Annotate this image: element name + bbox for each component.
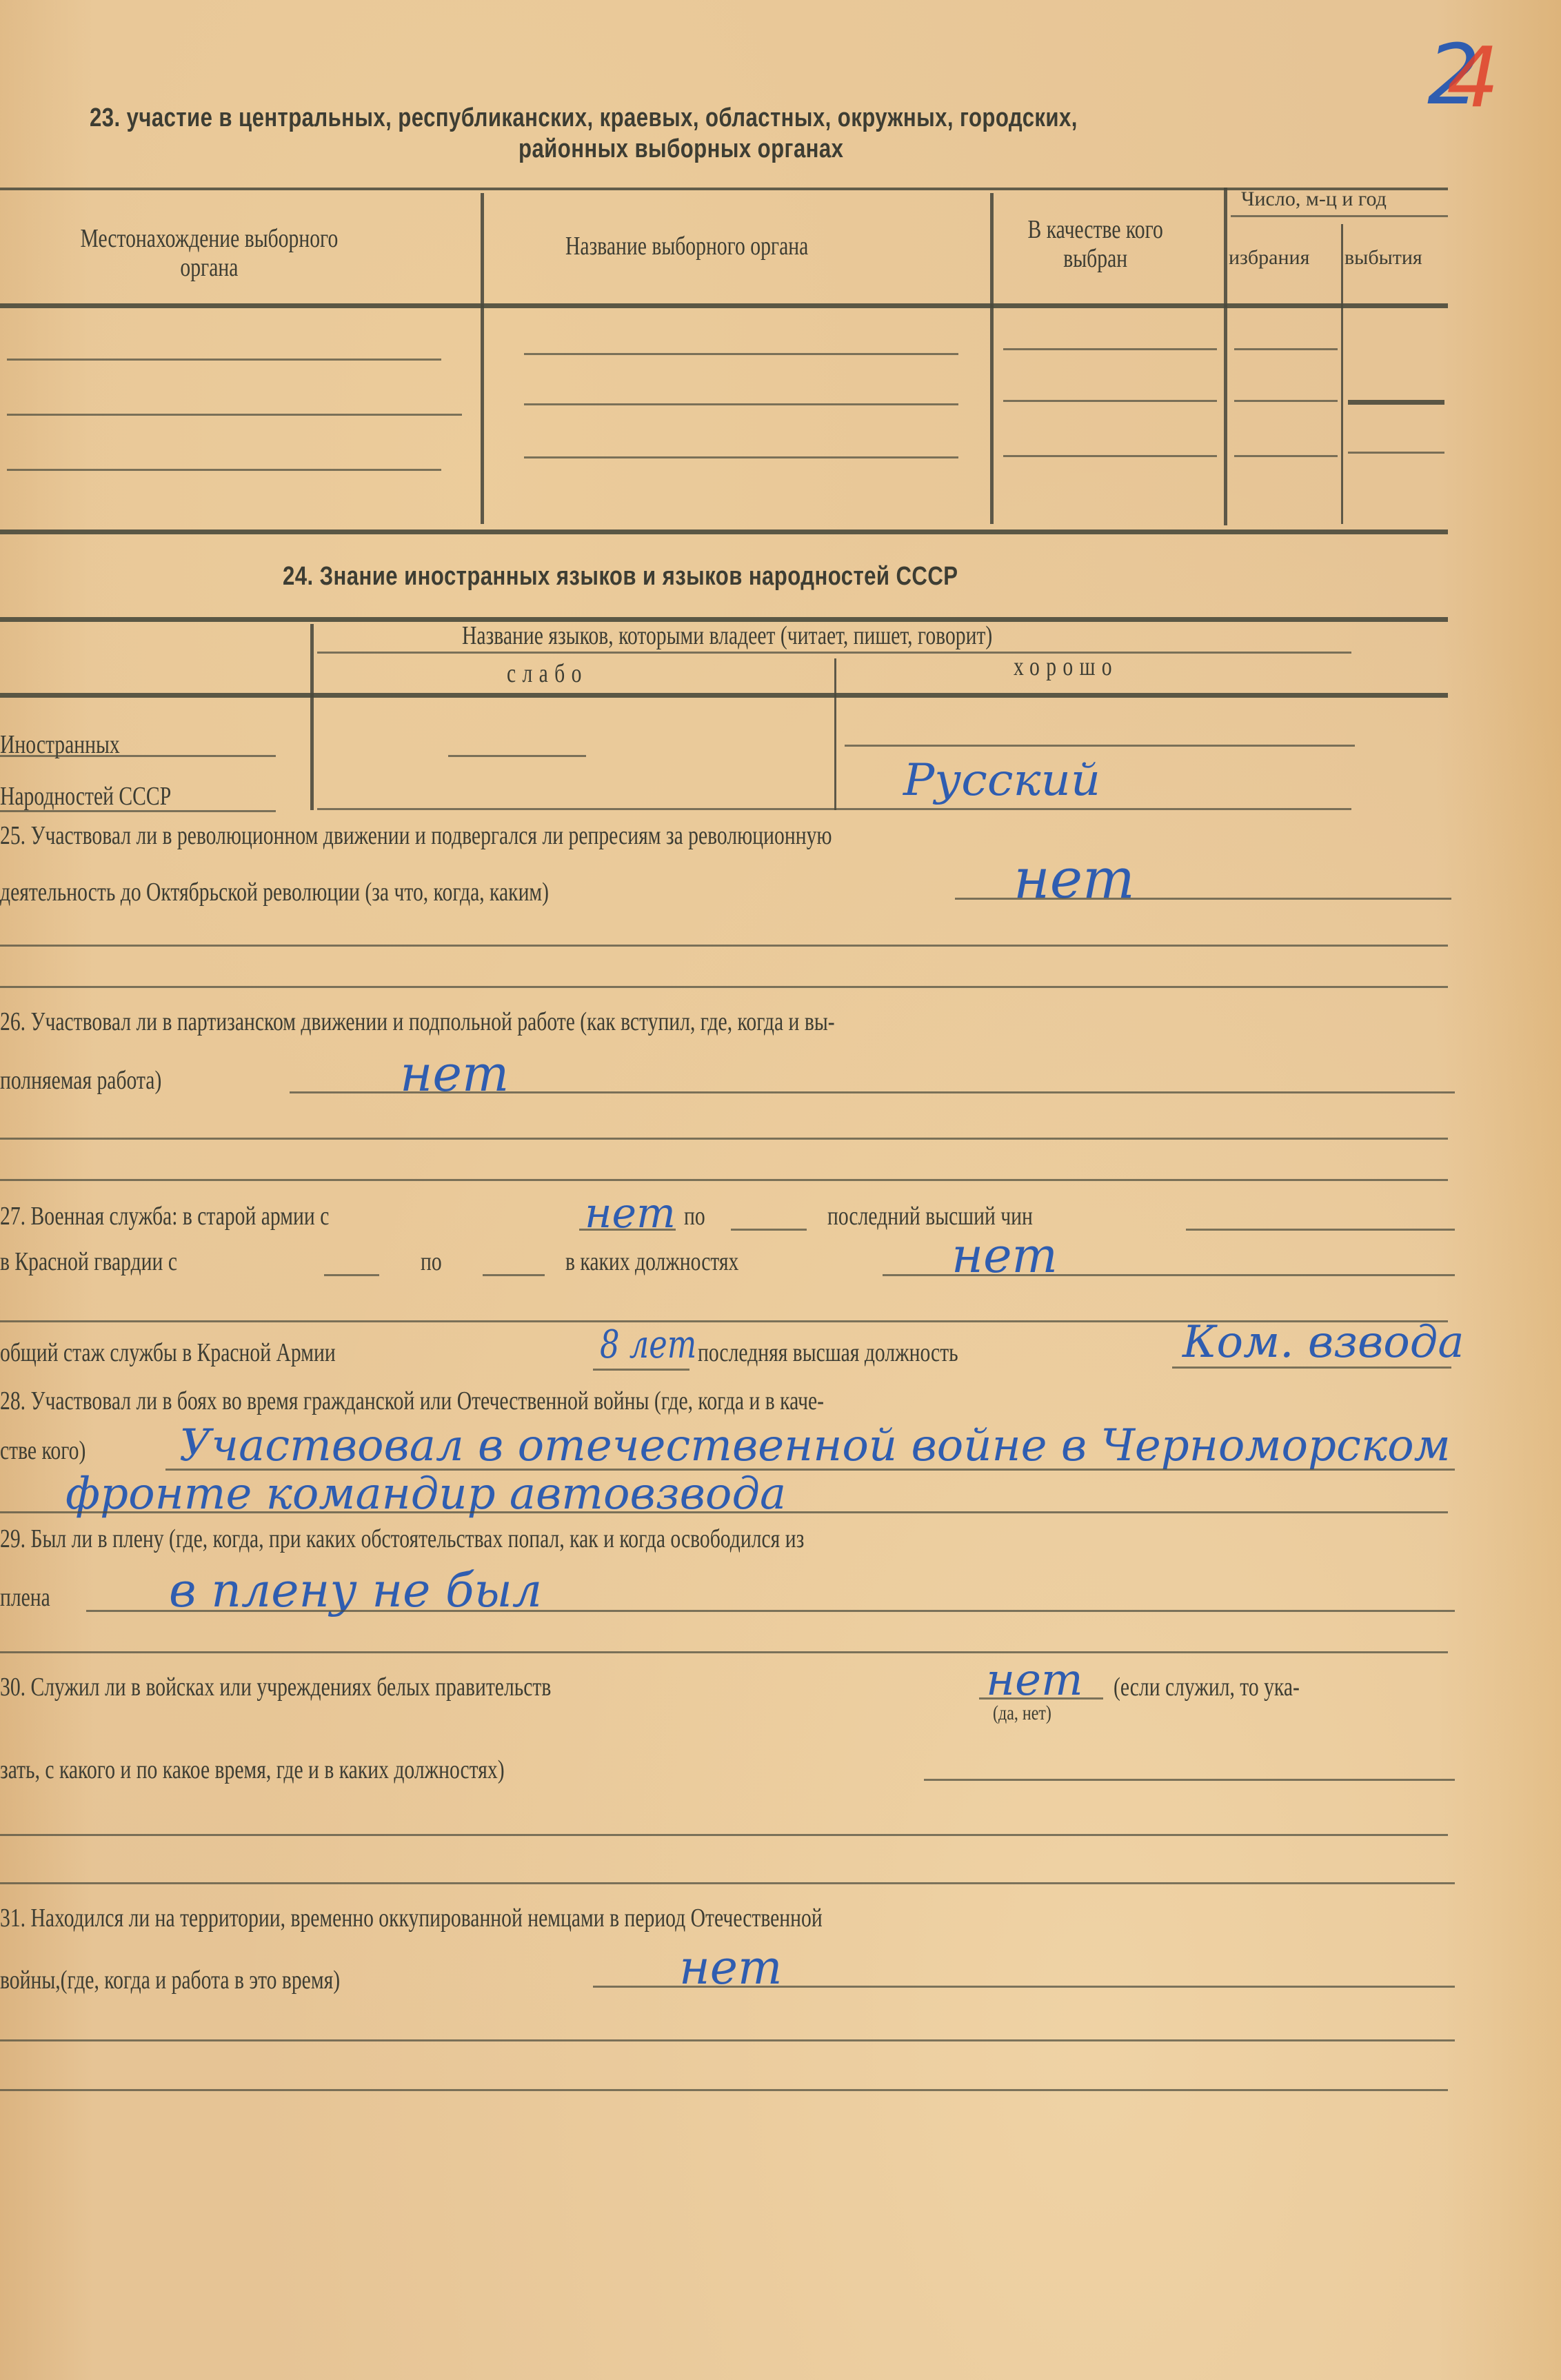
lang-header: Название языков, которыми владеет (читае… xyxy=(462,621,992,651)
col-elected-header: избрания xyxy=(1229,246,1309,270)
q27-line1-a: 27. Военная служба: в старой армии с xyxy=(0,1201,329,1231)
section-23-title-line1: 23. участие в центральных, республиканск… xyxy=(90,103,1078,133)
section-24-title: 24. Знание иностранных языков и языков н… xyxy=(283,562,958,592)
q25-line2: деятельность до Октябрьской революции (з… xyxy=(0,877,549,907)
q29-line1: 29. Был ли в плену (где, когда, при каки… xyxy=(0,1524,804,1554)
q25-answer: нет xyxy=(1014,847,1135,911)
q31-line2: войны,(где, когда и работа в это время) xyxy=(0,1965,340,1995)
q31-line1: 31. Находился ли на территории, временно… xyxy=(0,1903,823,1933)
q26-line1: 26. Участвовал ли в партизанском движени… xyxy=(0,1007,835,1037)
col-left-header: выбытия xyxy=(1345,246,1422,270)
lang-row-ussr-label: Народностей СССР xyxy=(0,781,171,811)
col-date-group-header: Число, м-ц и год xyxy=(1241,188,1387,211)
q30-line2: зать, с какого и по какое время, где и в… xyxy=(0,1755,505,1785)
q28-answer-line1: Участвовал в отечественной войне в Черно… xyxy=(179,1420,1451,1471)
q25-line1: 25. Участвовал ли в революционном движен… xyxy=(0,820,832,851)
col-good-header: хорошо xyxy=(1014,652,1118,682)
page-number-red: 4 xyxy=(1447,30,1499,126)
q30-line1-b: (если служил, то ука- xyxy=(1114,1672,1300,1702)
q28-line2: стве кого) xyxy=(0,1435,85,1466)
col-role-header: В качестве кого выбран xyxy=(1007,215,1184,273)
q30-line1-a: 30. Служил ли в войсках или учреждениях … xyxy=(0,1672,551,1702)
col-name-header: Название выборного органа xyxy=(565,231,808,261)
q30-hint: (да, нет) xyxy=(993,1702,1051,1725)
q28-line1: 28. Участвовал ли в боях во время гражда… xyxy=(0,1386,824,1416)
q27-line2-b: по xyxy=(421,1247,442,1277)
section-23-title-line2: районных выборных органах xyxy=(518,134,843,164)
q27-line1-b: по xyxy=(684,1201,705,1231)
col-weak-header: слабо xyxy=(507,658,588,689)
lang-good-ussr-value: Русский xyxy=(903,755,1100,806)
q26-line2: полняемая работа) xyxy=(0,1065,161,1096)
q29-line2: плена xyxy=(0,1582,50,1613)
q27-line3-b: последняя высшая должность xyxy=(698,1338,958,1368)
q26-answer: нет xyxy=(400,1045,509,1102)
q27-line3-a: общий стаж службы в Красной Армии xyxy=(0,1338,336,1368)
q27-red-army-years: 8 лет xyxy=(600,1322,696,1367)
q27-last-position: Ком. взвода xyxy=(1182,1317,1464,1368)
col-location-header: Местонахождение выборного органа xyxy=(59,224,360,282)
q27-line2-c: в каких должностях xyxy=(565,1247,738,1277)
q27-line2-a: в Красной гвардии с xyxy=(0,1247,177,1277)
